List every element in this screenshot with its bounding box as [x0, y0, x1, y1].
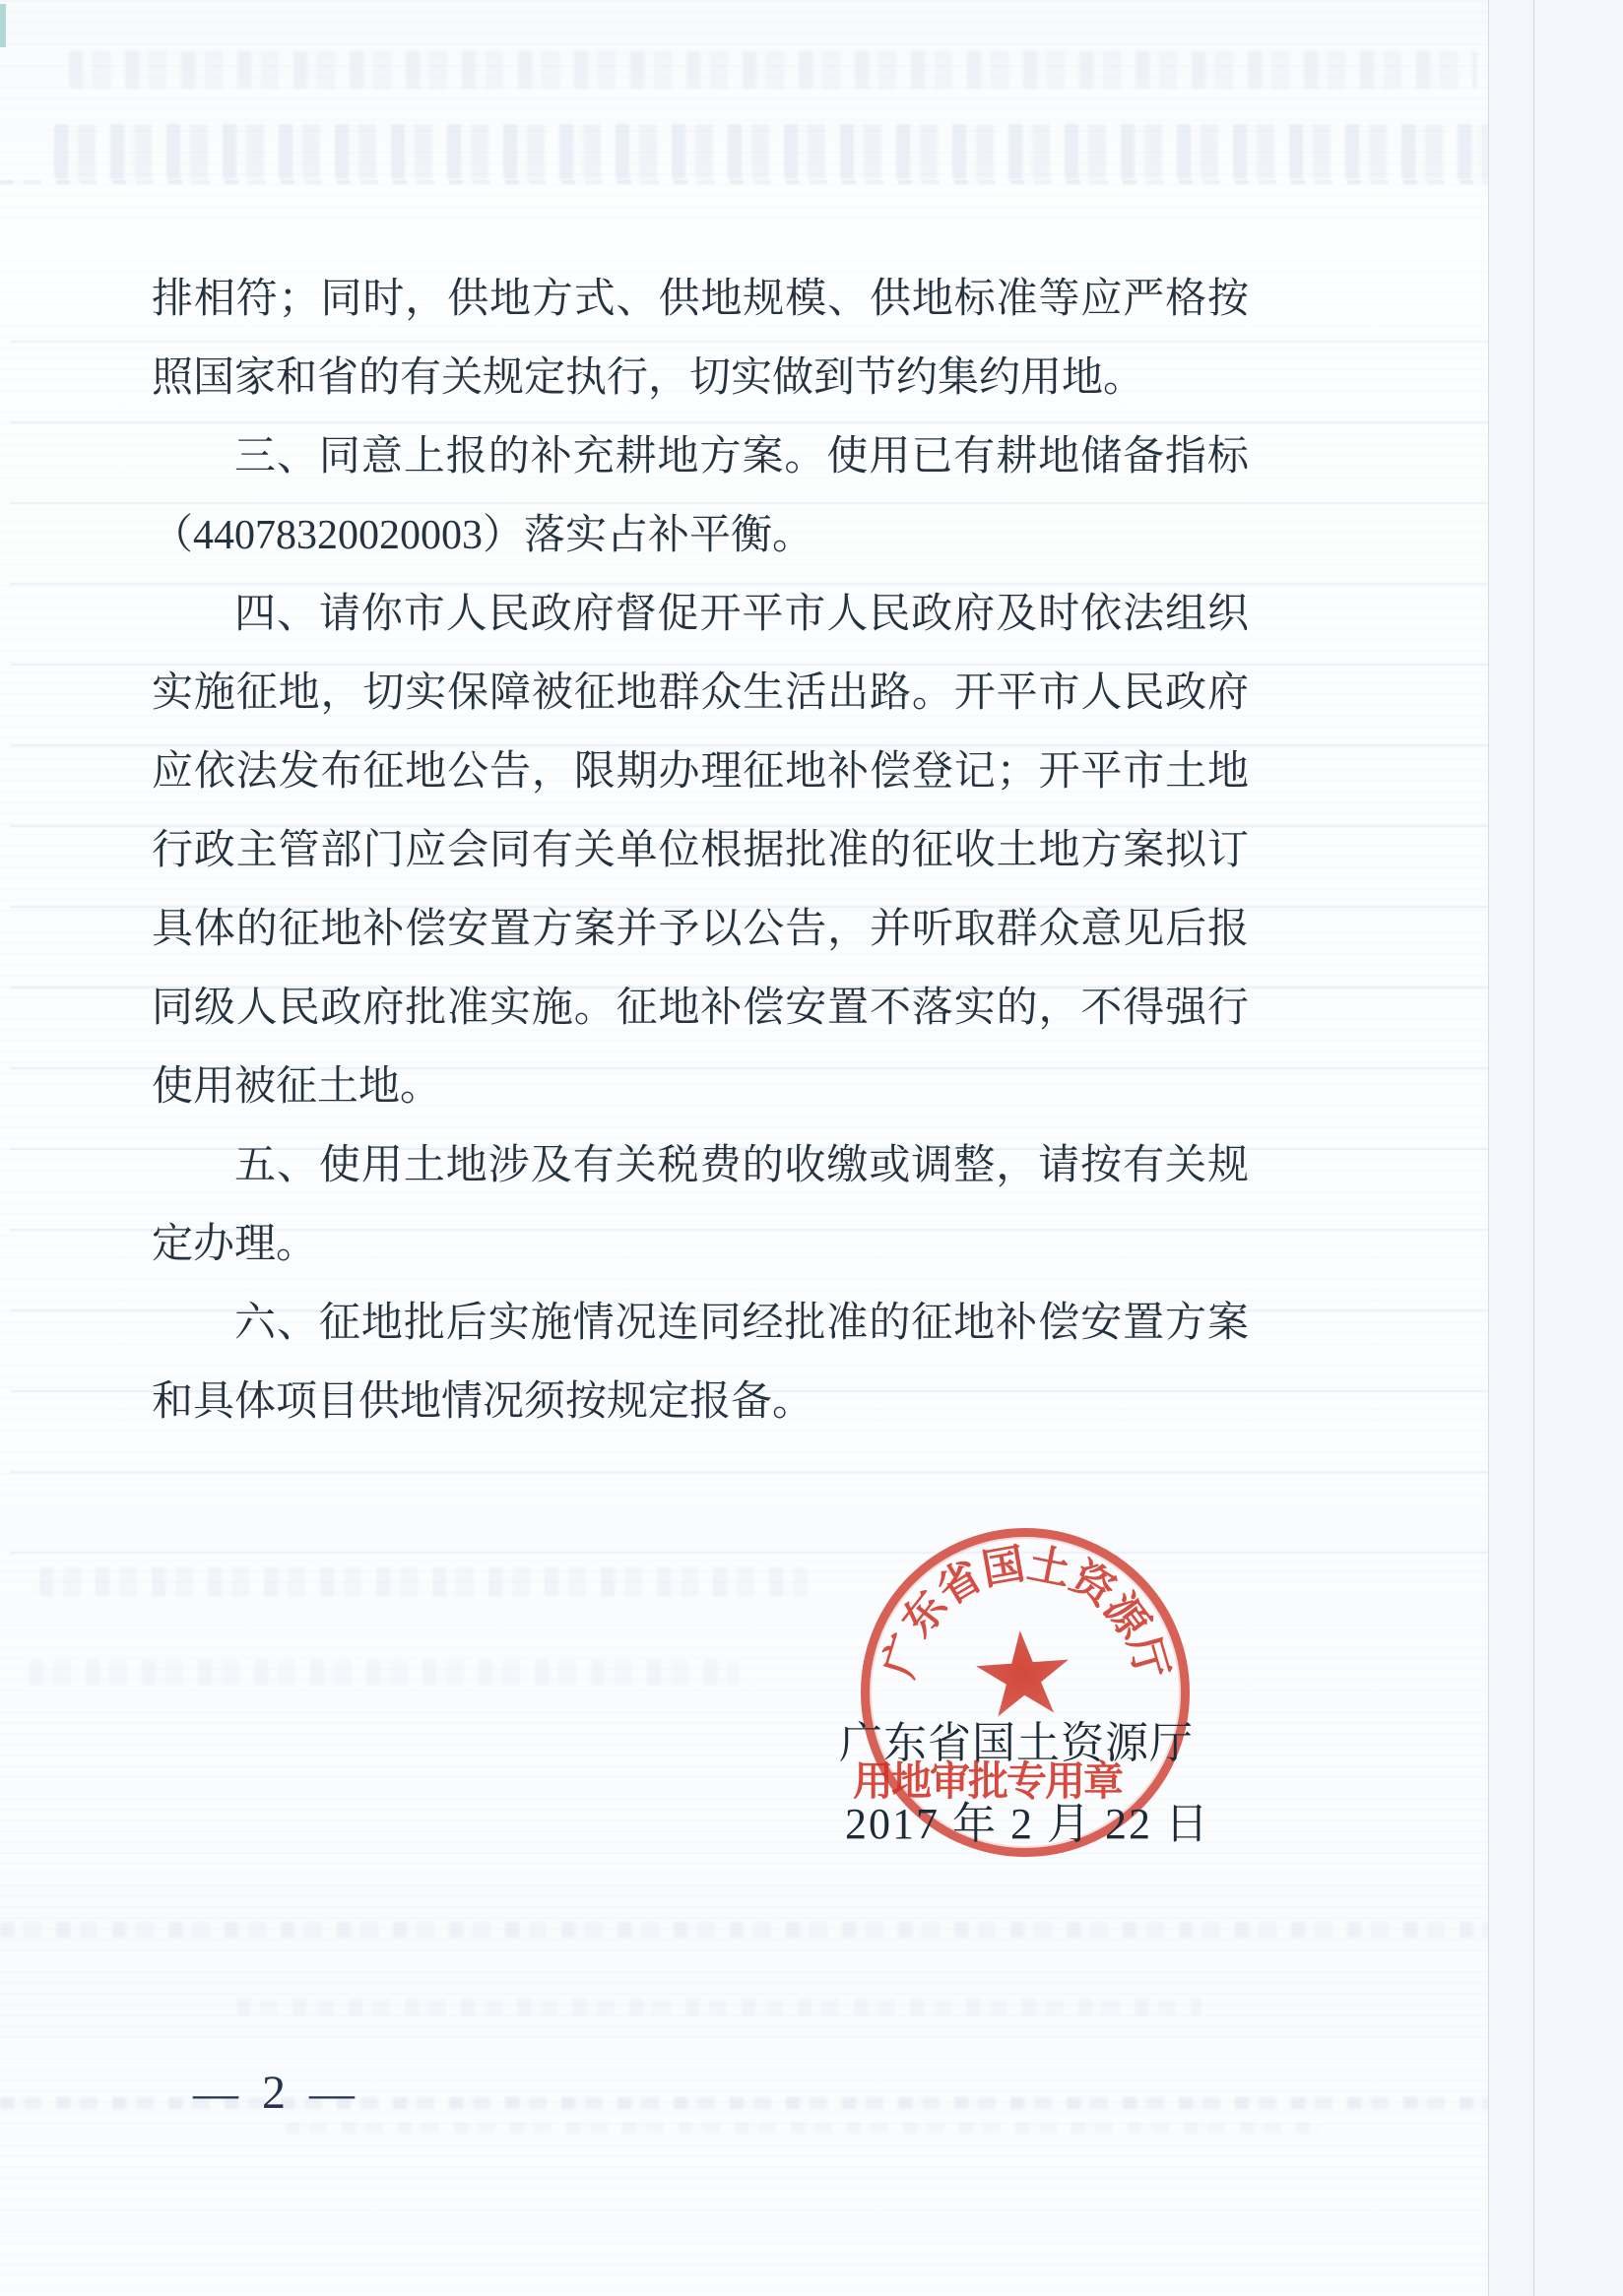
scan-page-edge-line [1533, 0, 1534, 2296]
seal-arc-char: 资 [1061, 1555, 1123, 1617]
paragraph: 排相符；同时，供地方式、供地规模、供地标准等应严格按照国家和省的有关规定执行，切… [152, 260, 1249, 417]
footer-dash: — [309, 2067, 355, 2119]
seal-arc-char: 源 [1094, 1585, 1157, 1648]
seal-arc-char: 厅 [1119, 1629, 1175, 1686]
seal-arc-char: 东 [894, 1583, 958, 1647]
document-page: 排相符；同时，供地方式、供地规模、供地标准等应严格按照国家和省的有关规定执行，切… [0, 0, 1623, 2296]
scan-artifact [54, 124, 1492, 179]
paragraph: 五、使用土地涉及有关税费的收缴或调整，请按有关规定办理。 [152, 1126, 1249, 1284]
scan-edge-mark [0, 4, 6, 47]
paragraph: 三、同意上报的补充耕地方案。使用已有耕地储备指标（44078320020003）… [152, 417, 1249, 575]
seal-arc-char: 广 [876, 1627, 933, 1684]
footer-dash: — [193, 2067, 238, 2119]
scan-artifact [286, 2123, 1320, 2133]
seal-arc-char: 国 [977, 1542, 1029, 1594]
signature-date: 2017 年 2 月 22 日 [845, 1788, 1210, 1851]
seal-arc-char: 土 [1022, 1542, 1075, 1595]
scan-artifact [30, 1660, 739, 1686]
scan-artifact [0, 1922, 1497, 1938]
scan-artifact [236, 1999, 1201, 2016]
paragraph: 六、征地批后实施情况连同经批准的征地补偿安置方案和具体项目供地情况须按规定报备。 [152, 1284, 1249, 1441]
seal-arc-char: 省 [930, 1554, 992, 1616]
page-number: 2 [262, 2066, 286, 2120]
scan-artifact [0, 180, 1536, 184]
paragraph: 四、请你市人民政府督促开平市人民政府及时依法组织实施征地，切实保障被征地群众生活… [152, 575, 1249, 1126]
scan-page-edge [1488, 0, 1623, 2296]
scan-artifact [69, 51, 1477, 89]
document-body: 排相符；同时，供地方式、供地规模、供地标准等应严格按照国家和省的有关规定执行，切… [152, 260, 1249, 1441]
signature-organization: 广东省国土资源厅 [839, 1707, 1194, 1770]
scan-artifact [39, 1567, 808, 1597]
page-footer: — 2 — [193, 2066, 355, 2120]
